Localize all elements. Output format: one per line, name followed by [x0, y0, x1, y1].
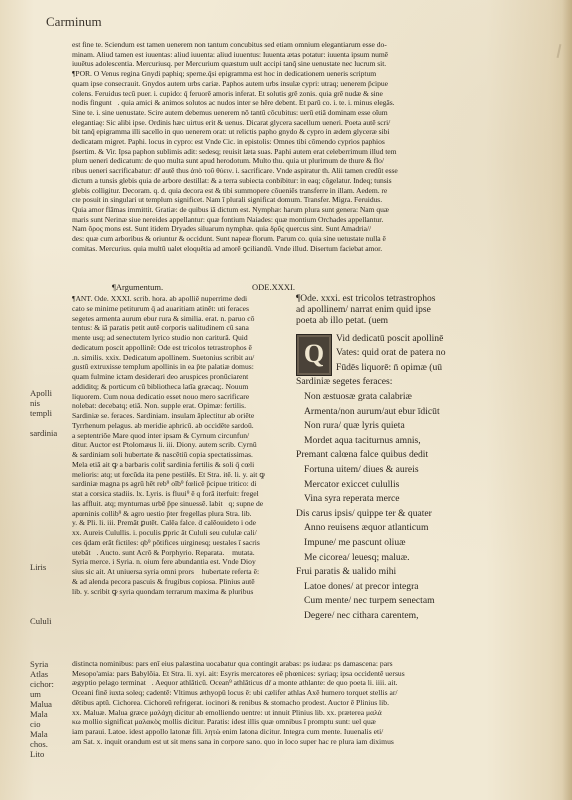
commentary-line: xx. Maluæ. Malua græce μαλάχη dicitur ab… — [72, 708, 506, 718]
commentary-line: bit tanq̄ epigramma illi sacello in quo … — [72, 127, 506, 137]
commentary-line: elegantiaȩ: Sic alibi ipse. Ordinis hæc … — [72, 118, 506, 128]
commentary-line: cte posuit in singulari ut templum signi… — [72, 195, 506, 205]
commentary-line: ægyptio pelago terminatᷣ. Aequor athlāti… — [72, 678, 506, 688]
commentary-line: plum ueneri dedicatum: de quo multa sunt… — [72, 156, 506, 166]
commentary-line: Sine te. i. sine uenustate. Scire autem … — [72, 108, 506, 118]
ode-number-heading: ODE.XXXI. — [252, 282, 295, 292]
commentary-line: maris sunt Nerinæ siue nereides appellan… — [72, 215, 506, 225]
margin-note: Mala — [30, 729, 70, 739]
commentary-line: stat a corsica stadiis. lx. Lyris. is fl… — [72, 489, 284, 499]
commentary-line: y. & Pli. li. iii. Premāt ꝑutēt. Calēa f… — [72, 518, 284, 528]
poem-line: Vina syra reperata merce — [296, 492, 506, 507]
commentary-line: ¶ANT. Ode. XXXI. scrib. hora. ab apolliē… — [72, 294, 284, 304]
margin-note: templi — [30, 408, 70, 418]
intro-line: ¶Ode. xxxi. est tricolos tetrastrophos — [296, 294, 506, 305]
commentary-line: Nam ὄρος mons est. Sunt itidem Dryades s… — [72, 224, 506, 234]
commentary-line: segetes armenta aurum ebur rura & simili… — [72, 314, 284, 324]
poem-line: Mordet aqua taciturnus amnis, — [296, 434, 506, 449]
poem-right-column: ¶Ode. xxxi. est tricolos tetrastrophosad… — [296, 294, 506, 623]
poem-line: Frui paratis & ualido mihi — [296, 565, 506, 580]
commentary-line: iam paraui. Latoe. idest appollo latonæ … — [72, 727, 506, 737]
poem-line: Premant calœna falce quibus dedit — [296, 448, 506, 463]
commentary-line: apœninis collib⁹ & agro uestio p̄ter fre… — [72, 509, 284, 519]
commentary-line: liquorem. Cum noua dedicatio esset nouo … — [72, 392, 284, 402]
poem-line: Fortuna uitem/ diues & aureis — [296, 463, 506, 478]
commentary-line: iuuētus adolescentia. Mercuriusq. per Me… — [72, 59, 506, 69]
commentary-line: Sardiniæ se. feraces. Sardiniam. insulam… — [72, 411, 284, 421]
poem-line: Armenta/non aurum/aut ebur īdicūt — [296, 405, 506, 420]
poem-line: Cum mente/ nec turpem senectam — [296, 594, 506, 609]
poem-line: Degere/ nec cithara carentem, — [296, 609, 506, 624]
commentary-line: dedicatum poscit appollinē: Ode est tric… — [72, 343, 284, 353]
commentary-line: Oceani finē iuxta soleq; cadentē: Vltimu… — [72, 688, 506, 698]
margin-note: cio — [30, 719, 70, 729]
commentary-line: tentus: & iā paratis petit autē corporis… — [72, 323, 284, 333]
poem-line: Non rura/ quæ lyris quieta — [296, 419, 506, 434]
commentary-line: .n. similis. xxix. Dedicatum apollinem. … — [72, 353, 284, 363]
commentary-line: ces q̄dam erāt fictiles: qb⁹ pōtifices u… — [72, 538, 284, 548]
running-head: Carminum — [46, 14, 102, 30]
commentary-line: cato se minime petiturum q̄ ad auaritiam… — [72, 304, 284, 314]
margin-note: um — [30, 689, 70, 699]
margin-note: Apolli — [30, 388, 70, 398]
margin-note: sardinia — [30, 428, 70, 438]
commentary-line: ribus ueneri sacrificabatur: dr̄ autē th… — [72, 166, 506, 176]
poem-line: Anno reuisens æquor atlanticum — [296, 521, 506, 536]
commentary-line: & ad alenda pecora pascuis & frugibus co… — [72, 577, 284, 587]
commentary-line: lib. y. scribit ꝙ syria quondam terrarum… — [72, 587, 284, 597]
margin-note: Malua — [30, 699, 70, 709]
margin-note: Atlas — [30, 669, 70, 679]
commentary-line: ¶POR. O Venus regina Gnydi paphiq; spern… — [72, 69, 506, 79]
commentary-bottom: distincta nominibus: pars enī eius palæs… — [72, 659, 506, 746]
intro-line: ad apollinem/ narrat enim quid ipse — [296, 305, 506, 316]
commentary-line: Mela etiā ait ꝙ a barbaris colitᷣ sardin… — [72, 460, 284, 470]
commentary-line: p̄sertim. & Vir. Ipsa paphon sublimis ad… — [72, 147, 506, 157]
commentary-line: melioris: atq; ut fœcūda ita pene pestil… — [72, 470, 284, 480]
commentary-line: & sardiniam soli hubertate & nascētiū co… — [72, 450, 284, 460]
intro-line: poeta ab illo petat. (uem — [296, 316, 506, 327]
commentary-line: Quia amor flāmas immittit. Gratiæ: de qu… — [72, 205, 506, 215]
poem-line: Mercator exiccet culullis — [296, 478, 506, 493]
poem-line: Dis carus ipsis/ quippe ter & quater — [296, 507, 506, 522]
commentary-left-column: ¶ANT. Ode. XXXI. scrib. hora. ab apolliē… — [72, 294, 284, 596]
commentary-line: glebis colligitur. Decoram. q. d. quia d… — [72, 186, 506, 196]
commentary-line: dedicatam migret. Paphi. locus in cypro:… — [72, 137, 506, 147]
pencil-mark — [557, 44, 562, 58]
margin-note: nis — [30, 398, 70, 408]
commentary-line: Mesopo'amia: pars Babylōia. Et Stra. li.… — [72, 669, 506, 679]
commentary-line: nolebat: decebatq; etiā. Non. supple era… — [72, 401, 284, 411]
commentary-line: des: quæ cum arboribus & oriuntur & occi… — [72, 234, 506, 244]
margin-note: Lito — [30, 749, 70, 759]
poem-line: Sardiniæ segetes feraces: — [296, 375, 506, 390]
poem-line: Impune/ me pascunt oliuæ — [296, 536, 506, 551]
section-heading: ¶Argumentum. ODE.XXXI. — [72, 282, 506, 292]
commentary-line: ditur. Auctor est Ptolomæus li. iii. Dio… — [72, 440, 284, 450]
commentary-line: sius sic ait. At uniuersa syria omni pro… — [72, 567, 284, 577]
commentary-line: am Sat. x. inquit orandum est ut sit men… — [72, 737, 506, 747]
poem-line: Non æstuosæ grata calabriæ — [296, 390, 506, 405]
page-edge-shadow — [562, 0, 572, 800]
commentary-line: a septentriōe Mare quod inter ipsam & Cy… — [72, 431, 284, 441]
commentary-top: est fine te. Sciendum est tamen uenerem … — [72, 40, 506, 253]
commentary-line: quam fulmine ictam desiderari deo aruspi… — [72, 372, 284, 382]
commentary-line: dictum a tunsis glebis quia de arbore de… — [72, 176, 506, 186]
commentary-line: Tyrrhenum pelagus. ab meridie aphricū. a… — [72, 421, 284, 431]
margin-note: Cululi — [30, 616, 70, 626]
commentary-line: gustū extruxisse templum apollinis in ea… — [72, 362, 284, 372]
commentary-line: addiditq; & porticum cū bibliotheca latī… — [72, 382, 284, 392]
margin-note: Liris — [30, 562, 70, 572]
commentary-line: xx. Aureis Culullis. i. poculis ꝑpric āt… — [72, 528, 284, 538]
commentary-line: Syria merce. i Syria. n. oium fere abund… — [72, 557, 284, 567]
argumentum-heading: ¶Argumentum. — [112, 282, 252, 292]
commentary-line: comitas. Mercurius. quia multū ualet elo… — [72, 244, 506, 254]
commentary-line: minam. Aliud tamen est iuuentas: aliud i… — [72, 50, 506, 60]
decorated-initial-icon: Q — [296, 334, 332, 376]
poem-text: Q Vid dedicatū poscit apollinēVates: qui… — [296, 332, 506, 624]
commentary-line: dētibus aptū. Cichorea. Cichoreū refrige… — [72, 698, 506, 708]
commentary-line: mente usq; ad senectutem lyrico studio n… — [72, 333, 284, 343]
poem-line: Latoe dones/ at precor integra — [296, 580, 506, 595]
ode-intro: ¶Ode. xxxi. est tricolos tetrastrophosad… — [296, 294, 506, 328]
commentary-line: quam ipse consecrauit. Gnydos autem urbs… — [72, 79, 506, 89]
margin-note: Mala — [30, 709, 70, 719]
commentary-line: est fine te. Sciendum est tamen uenerem … — [72, 40, 506, 50]
commentary-line: sardiniæ magna ps agrū hēt reb⁹ oīb⁹ fœl… — [72, 479, 284, 489]
commentary-line: κω mollio significat μαλακὸς mollis dici… — [72, 717, 506, 727]
commentary-line: colens. Feruidus tecū puer. i. cupido: q… — [72, 89, 506, 99]
poem-line: Me cicorea/ leuesq; maluæ. — [296, 551, 506, 566]
margin-note: chos. — [30, 739, 70, 749]
commentary-line: utebātᷣ. Aucto. sunt Acrō & Porphyrio. R… — [72, 548, 284, 558]
margin-note: cichor: — [30, 679, 70, 689]
commentary-line: nodis finguntᷣ. quia amici & animos solu… — [72, 98, 506, 108]
commentary-line: distincta nominibus: pars enī eius palæs… — [72, 659, 506, 669]
margin-note: Syria — [30, 659, 70, 669]
commentary-line: las affluit. atq; mynturnas urbē p̄pe si… — [72, 499, 284, 509]
